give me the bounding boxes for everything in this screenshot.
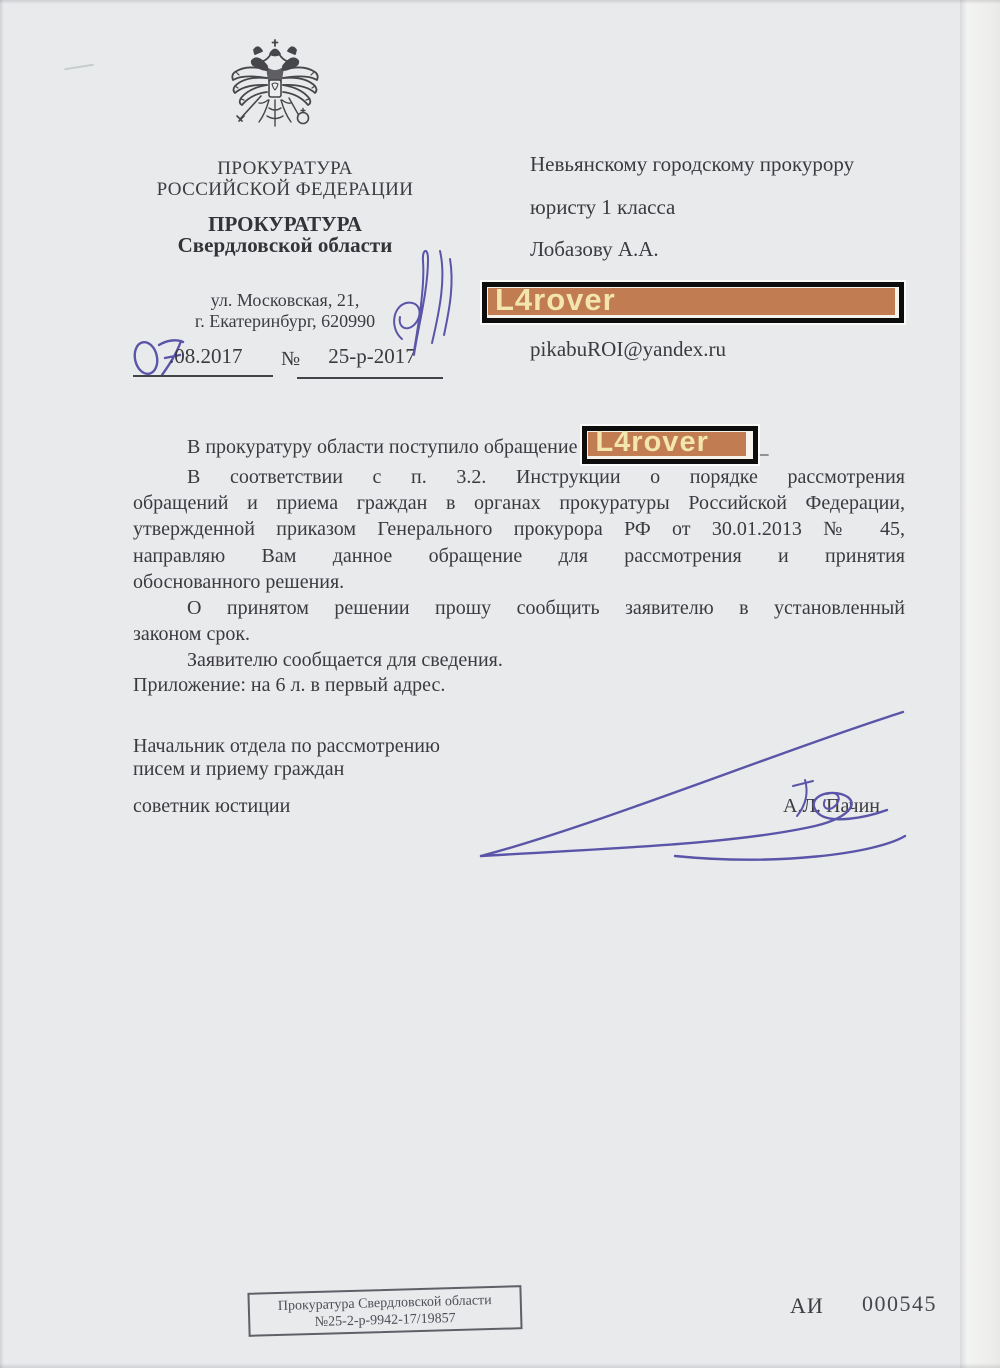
recipient-email: pikabuROI@yandex.ru: [530, 337, 726, 362]
body-line-5: направляю Вам данное обращение для рассм…: [133, 543, 905, 569]
body-line-7-text: О принятом решении прошу сообщить заявит…: [187, 597, 905, 619]
body-line-4: утвержденной приказом Генерального проку…: [133, 516, 905, 542]
redaction-box-inline: L4rover: [582, 426, 758, 464]
recipient-line3: Лобазову А.А.: [530, 237, 659, 262]
body-line-6: обоснованного решения.: [133, 569, 905, 595]
redaction-box-address: L4rover: [482, 282, 904, 323]
form-number: 000545: [862, 1291, 937, 1317]
org-subname-line1: ПРОКУРАТУРА: [140, 214, 430, 235]
letterhead: ПРОКУРАТУРА РОССИЙСКОЙ ФЕДЕРАЦИИ ПРОКУРА…: [140, 158, 430, 256]
scan-artifact-mark: [64, 64, 94, 71]
org-name-line1: ПРОКУРАТУРА: [140, 158, 430, 179]
body-line-3: обращений и приема граждан в органах про…: [133, 490, 905, 516]
body-line-9: Заявителю сообщается для сведения.: [133, 647, 905, 673]
letterhead-address: ул. Московская, 21, г. Екатеринбург, 620…: [140, 290, 430, 332]
body-line-1: В прокуратуру области поступило обращени…: [133, 426, 905, 464]
body-line-1-text: В прокуратуру области поступило обращени…: [187, 436, 577, 458]
letter-body: В прокуратуру области поступило обращени…: [133, 426, 905, 674]
redaction-watermark-label: L4rover: [488, 282, 616, 318]
org-subname-line2: Свердловской области: [140, 235, 430, 256]
org-name-line2: РОССИЙСКОЙ ФЕДЕРАЦИИ: [140, 179, 430, 200]
signer-title: Начальник отдела по рассмотрению писем и…: [133, 735, 440, 781]
handwritten-signature-ink: [475, 698, 910, 868]
redaction-watermark-label: L4rover: [588, 429, 708, 455]
registration-stamp: Прокуратура Свердловской области №25-2-р…: [247, 1285, 522, 1337]
redaction-fill: L4rover: [588, 432, 746, 456]
recipient-line2: юристу 1 класса: [530, 195, 675, 220]
body-line-7: О принятом решении прошу сообщить заявит…: [133, 595, 905, 621]
signer-title-line1: Начальник отдела по рассмотрению: [133, 735, 440, 758]
form-series: АИ: [790, 1293, 824, 1319]
address-street: ул. Московская, 21,: [140, 290, 430, 311]
signer-title-line2: писем и приему граждан: [133, 758, 440, 781]
number-underline: [297, 377, 443, 379]
scan-shadow-bottom: [0, 1363, 1000, 1368]
redaction-fill: L4rover: [488, 288, 895, 315]
number-sign: №: [281, 348, 300, 371]
scan-edge-strip: [960, 0, 1000, 1368]
scanned-letter-page: ПРОКУРАТУРА РОССИЙСКОЙ ФЕДЕРАЦИИ ПРОКУРА…: [0, 0, 1000, 1368]
body-line-1-suffix: _: [758, 436, 768, 458]
date-printed: .08.2017: [169, 344, 243, 369]
scan-shadow-top: [0, 0, 1000, 4]
scan-shadow-left: [0, 0, 4, 1368]
body-line-9-text: Заявителю сообщается для сведения.: [187, 649, 503, 671]
handwritten-paraph-ink: [388, 243, 468, 358]
body-line-8: законом срок.: [133, 621, 905, 647]
body-line-2-text: В соответствии с п. 3.2. Инструкции о по…: [187, 466, 905, 488]
recipient-line1: Невьянскому городскому прокурору: [530, 152, 854, 177]
body-line-2: В соответствии с п. 3.2. Инструкции о по…: [133, 464, 905, 490]
attachment-note: Приложение: на 6 л. в первый адрес.: [133, 674, 445, 697]
date-underline: [133, 375, 273, 377]
signer-rank: советник юстиции: [133, 795, 290, 818]
coat-of-arms-eagle-icon: [227, 38, 323, 146]
address-city: г. Екатеринбург, 620990: [140, 311, 430, 332]
